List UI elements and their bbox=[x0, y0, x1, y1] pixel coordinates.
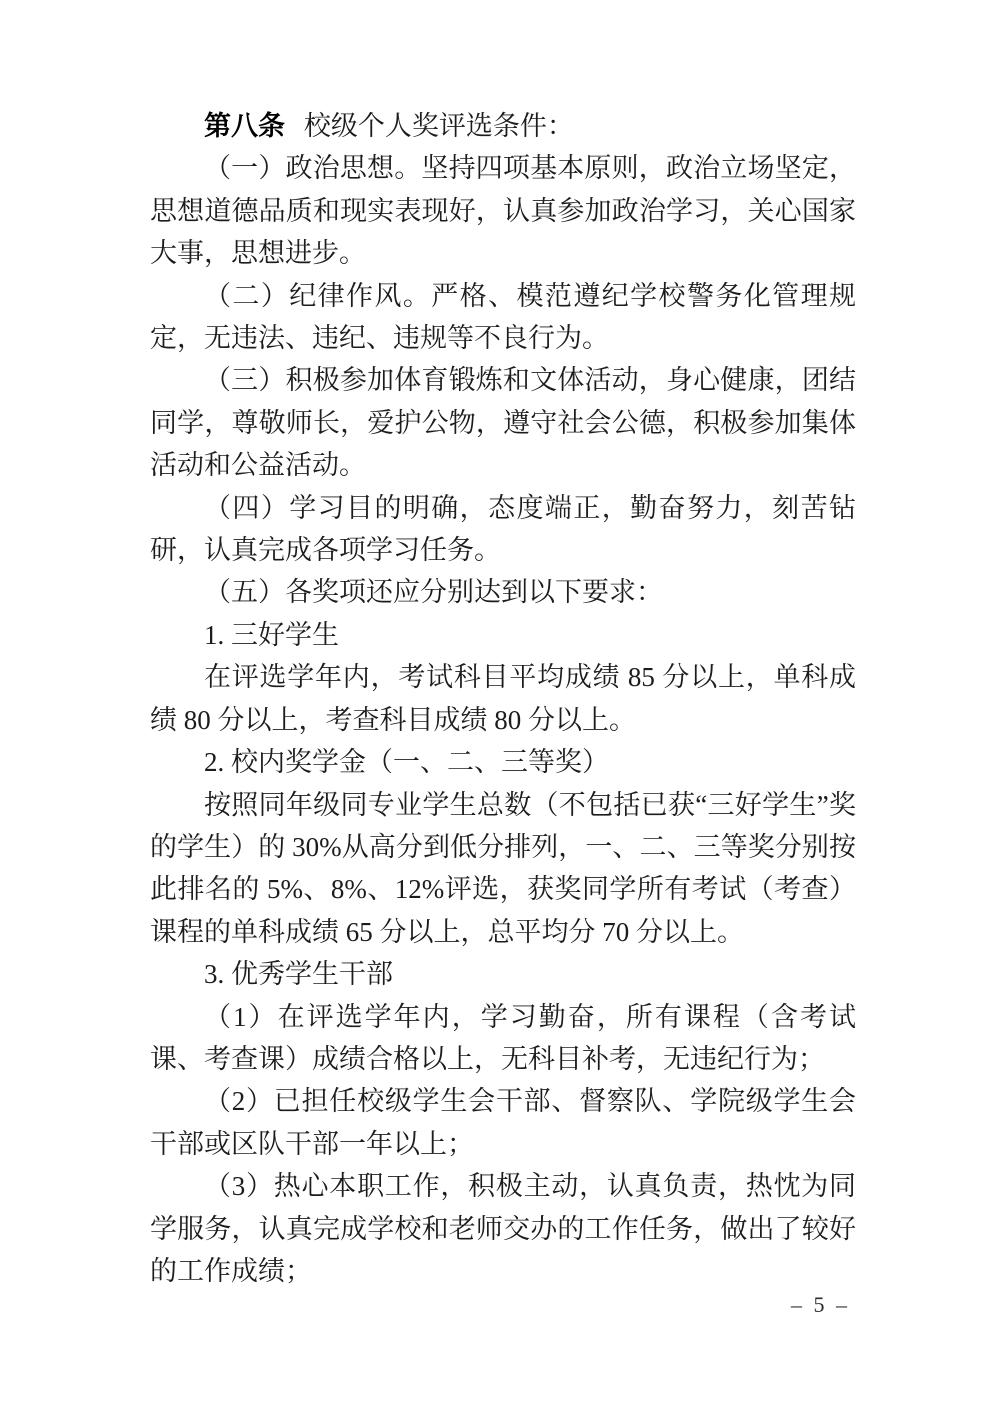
item-cadre-condition-1: （1）在评选学年内，学习勤奋，所有课程（含考试课、考查课）成绩合格以上，无科目补… bbox=[150, 996, 856, 1081]
paragraph-sports: （三）积极参加体育锻炼和文体活动，身心健康，团结同学，尊敬师长，爱护公物，遵守社… bbox=[150, 359, 856, 486]
paragraph-politics: （一）政治思想。坚持四项基本原则，政治立场坚定，思想道德品质和现实表现好，认真参… bbox=[150, 147, 856, 274]
item-cadre-condition-2: （2）已担任校级学生会干部、督察队、学院级学生会干部或区队干部一年以上； bbox=[150, 1080, 856, 1165]
paragraph-discipline: （二）纪律作风。严格、模范遵纪学校警务化管理规定，无违法、违纪、违规等不良行为。 bbox=[150, 275, 856, 360]
page-number: – 5 – bbox=[791, 1290, 850, 1320]
item-title-scholarship: 2. 校内奖学金（一、二、三等奖） bbox=[150, 741, 856, 783]
paragraph-requirements-intro: （五）各奖项还应分别达到以下要求： bbox=[150, 571, 856, 613]
item-title-outstanding-cadre: 3. 优秀学生干部 bbox=[150, 953, 856, 995]
article-number: 第八条 bbox=[204, 111, 285, 141]
item-body-merit-student: 在评选学年内，考试科目平均成绩 85 分以上，单科成绩 80 分以上，考查科目成… bbox=[150, 656, 856, 741]
item-body-scholarship: 按照同年级同专业学生总数（不包括已获“三好学生”奖的学生）的 30%从高分到低分… bbox=[150, 784, 856, 954]
document-body: 第八条校级个人奖评选条件： （一）政治思想。坚持四项基本原则，政治立场坚定，思想… bbox=[150, 105, 856, 1292]
paragraph-study: （四）学习目的明确，态度端正，勤奋努力，刻苦钻研，认真完成各项学习任务。 bbox=[150, 487, 856, 572]
document-page: 第八条校级个人奖评选条件： （一）政治思想。坚持四项基本原则，政治立场坚定，思想… bbox=[0, 0, 1000, 1415]
item-cadre-condition-3: （3）热心本职工作，积极主动，认真负责，热忱为同学服务，认真完成学校和老师交办的… bbox=[150, 1165, 856, 1292]
article-title: 校级个人奖评选条件： bbox=[304, 111, 574, 141]
item-title-merit-student: 1. 三好学生 bbox=[150, 614, 856, 656]
article-heading: 第八条校级个人奖评选条件： bbox=[150, 105, 856, 147]
